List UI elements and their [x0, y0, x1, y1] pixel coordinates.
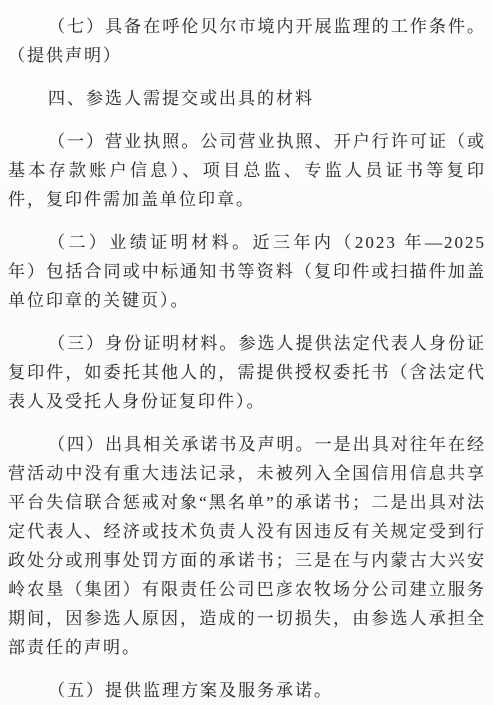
paragraph-item-5: （五）提供监理方案及服务承诺。: [8, 676, 486, 705]
paragraph-item-1: （一）营业执照。公司营业执照、开户行许可证（或基本存款账户信息）、项目总监、专监…: [8, 127, 486, 214]
section-4-heading: 四、参选人需提交或出具的材料: [8, 84, 486, 113]
paragraph-item-4: （四）出具相关承诺书及声明。一是出具对往年在经营活动中没有重大违法记录，未被列入…: [8, 430, 486, 662]
paragraph-item-2: （二）业绩证明材料。近三年内（2023 年—2025 年）包括合同或中标通知书等…: [8, 228, 486, 315]
document-page: （七）具备在呼伦贝尔市境内开展监理的工作条件。（提供声明） 四、参选人需提交或出…: [0, 0, 493, 705]
paragraph-item-7: （七）具备在呼伦贝尔市境内开展监理的工作条件。（提供声明）: [8, 12, 486, 70]
paragraph-item-3: （三）身份证明材料。参选人提供法定代表人身份证复印件，如委托其他人的，需提供授权…: [8, 329, 486, 416]
